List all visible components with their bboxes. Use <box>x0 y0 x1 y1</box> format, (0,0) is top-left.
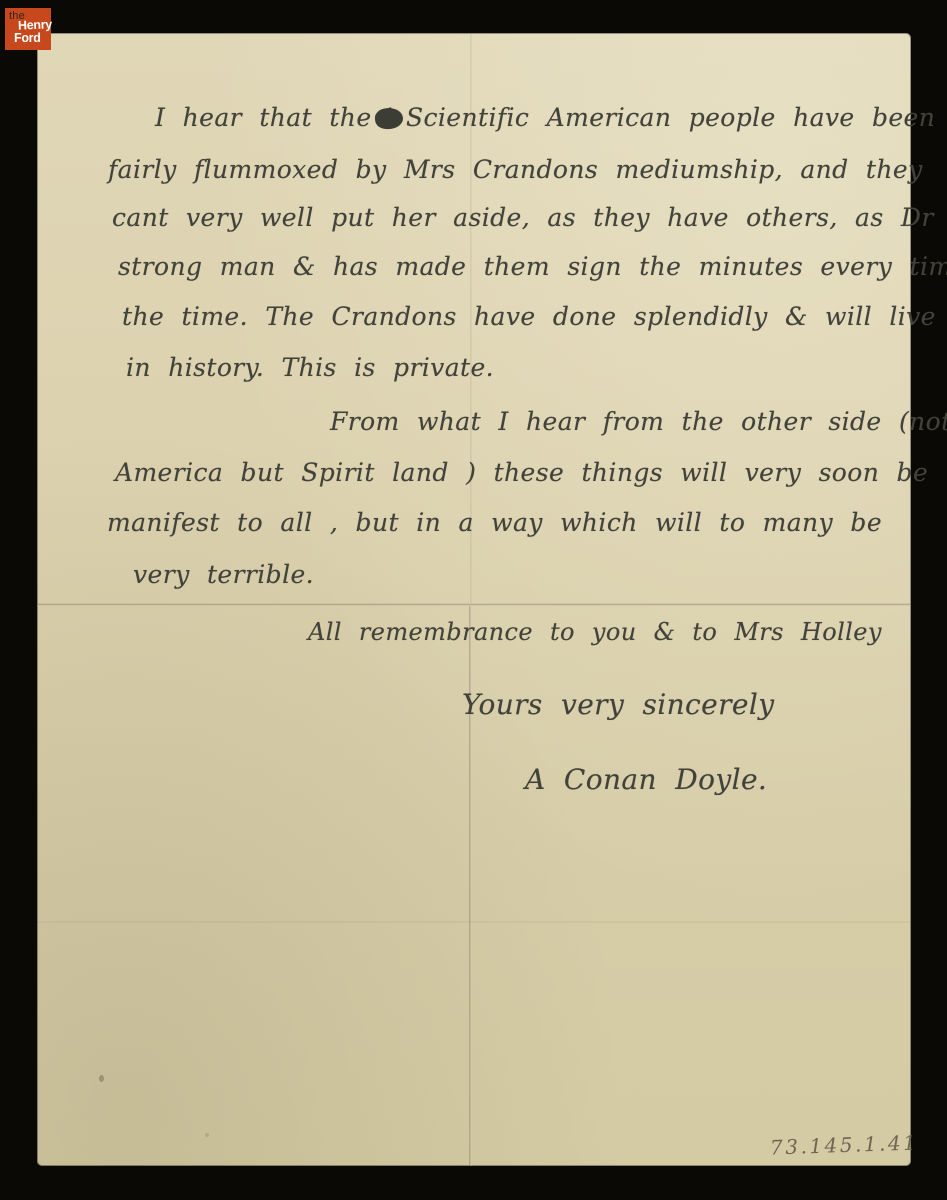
paper-blemish <box>99 1075 104 1082</box>
valediction: Yours very sincerely <box>462 688 774 721</box>
letter-line-3: cant very well put her aside, as they ha… <box>112 203 947 232</box>
logo-word-ford: Ford <box>14 32 41 45</box>
letter-line-1: I hear that theAScientific American peop… <box>155 103 935 132</box>
horizontal-fold-crease <box>37 603 911 606</box>
letter-line-8: America but Spirit land ) these things w… <box>115 458 928 487</box>
letter-line-10: very terrible. <box>133 560 314 589</box>
letter-line-4: strong man & has made them sign the minu… <box>118 252 947 281</box>
photo-background: { "branding": { "logo": { "the": "the", … <box>0 0 947 1200</box>
catalog-number: 73.145.1.41 <box>770 1130 919 1159</box>
signature: A Conan Doyle. <box>525 763 767 796</box>
letter-line-5: the time. The Crandons have done splendi… <box>122 302 936 331</box>
paper-blemish <box>205 1133 209 1137</box>
letter-line-7: From what I hear from the other side (no… <box>330 407 947 436</box>
line1-text-before: I hear that the <box>155 103 372 132</box>
letter-line-2: fairly flummoxed by Mrs Crandons mediums… <box>108 155 923 184</box>
henry-ford-logo: the Henry Ford <box>5 8 51 50</box>
closing-line: All remembrance to you & to Mrs Holley <box>308 618 882 646</box>
letter-line-9: manifest to all , but in a way which wil… <box>107 508 882 537</box>
line1-text-after: Scientific American people have been <box>406 103 935 132</box>
letter-line-6: in history. This is private. <box>126 353 494 382</box>
scratched-out-letter: A <box>377 103 401 132</box>
faint-horizontal-crease <box>37 921 911 923</box>
letter-page: I hear that theAScientific American peop… <box>37 33 911 1166</box>
